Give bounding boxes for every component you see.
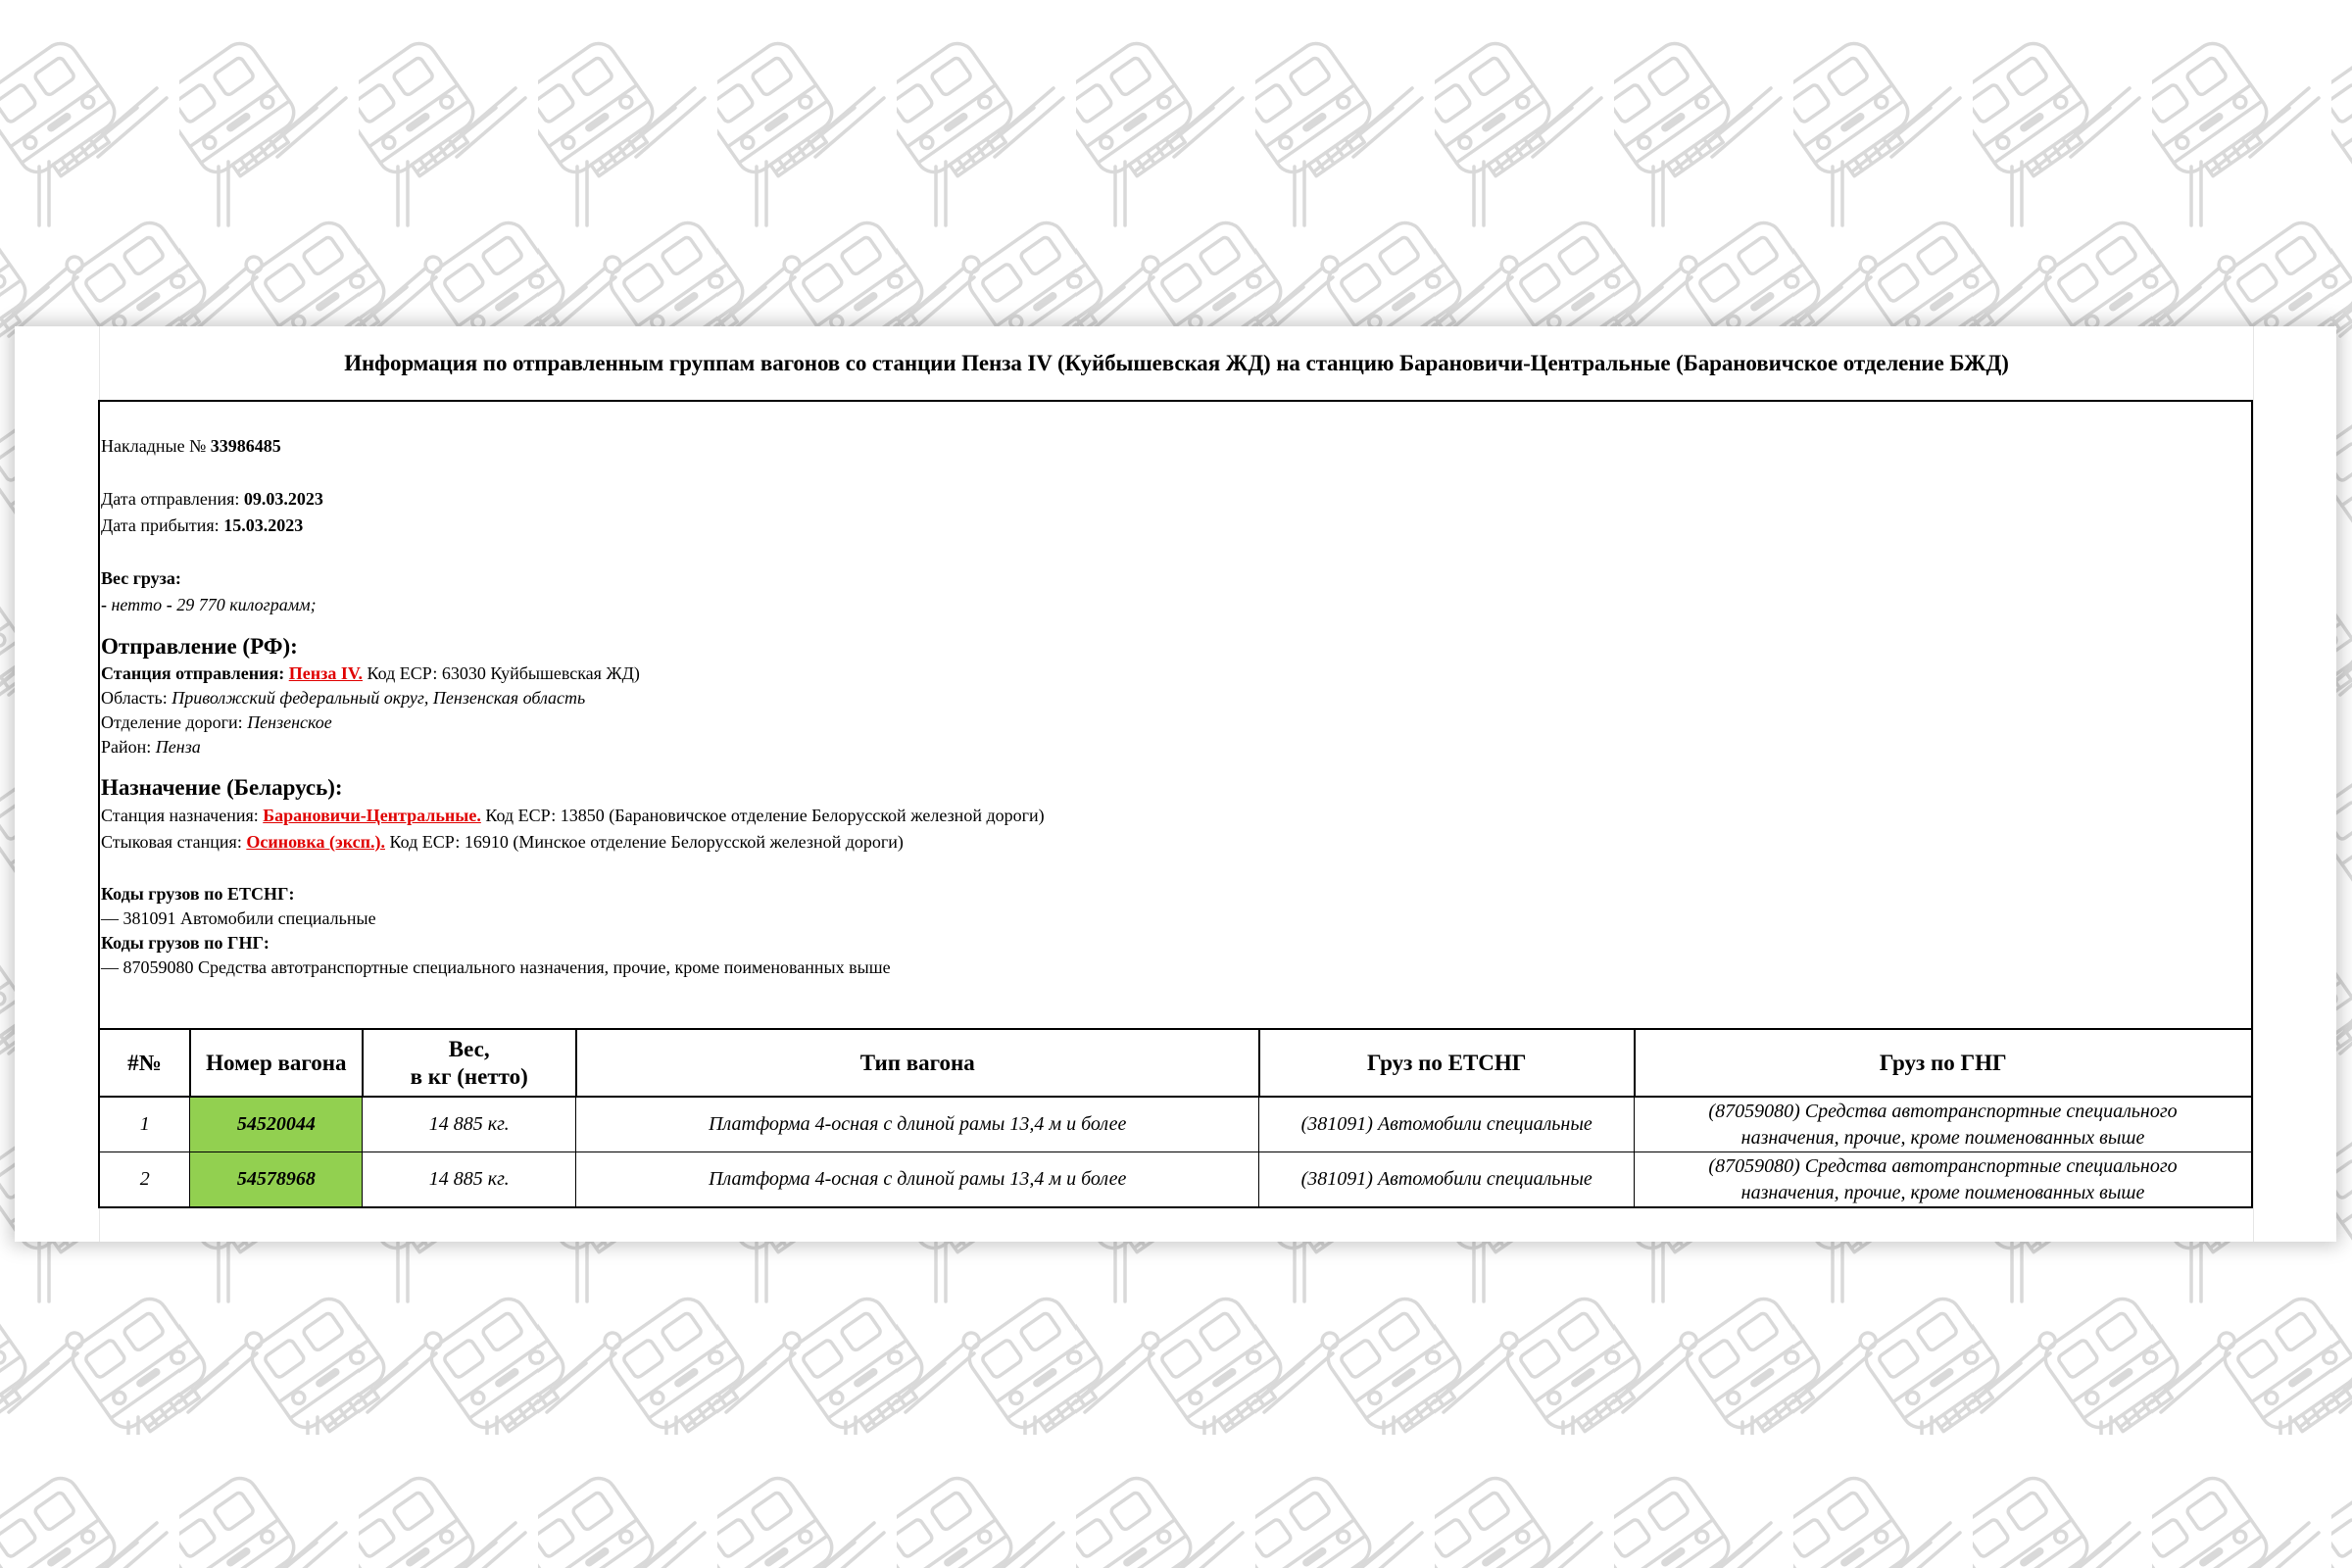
origin-station-link[interactable]: Пенза IV. bbox=[289, 663, 363, 683]
division-value: Пензенское bbox=[247, 712, 332, 732]
waybill-number: 33986485 bbox=[211, 436, 281, 456]
wagon-weight: 14 885 кг. bbox=[363, 1097, 576, 1152]
wagons-table: #№ Номер вагона Вес,в кг (нетто) Тип ваг… bbox=[98, 1028, 2253, 1208]
cargo-gng-line1: (87059080) Средства автотранспортные спе… bbox=[1708, 1155, 2177, 1177]
gng-heading-text: Коды грузов по ГНГ: bbox=[101, 933, 269, 953]
table-row: 1 54520044 14 885 кг. Платформа 4-осная … bbox=[99, 1097, 2252, 1152]
weight-header-line2: в кг (нетто) bbox=[411, 1064, 528, 1089]
cargo-gng: (87059080) Средства автотранспортные спе… bbox=[1635, 1097, 2252, 1152]
gng-heading: Коды грузов по ГНГ: bbox=[101, 931, 1045, 955]
departure-date: 09.03.2023 bbox=[244, 489, 323, 509]
right-guide-line bbox=[2253, 326, 2254, 1242]
junction-station-label: Стыковая станция: bbox=[101, 832, 246, 852]
weight-net-line: - нетто - 29 770 килограмм; bbox=[101, 592, 1045, 618]
region-label: Область: bbox=[101, 688, 171, 708]
weight-sep: - bbox=[162, 595, 176, 614]
arrival-label: Дата прибытия: bbox=[101, 515, 223, 535]
origin-heading: Отправление (РФ): bbox=[101, 632, 1045, 661]
wagon-weight: 14 885 кг. bbox=[363, 1152, 576, 1208]
cargo-etsng: (381091) Автомобили специальные bbox=[1259, 1097, 1635, 1152]
waybill-label: Накладные № bbox=[101, 436, 211, 456]
etsng-item: — 381091 Автомобили специальные bbox=[101, 906, 1045, 931]
weight-prefix: - bbox=[101, 595, 112, 614]
col-header-wagon-number: Номер вагона bbox=[190, 1029, 363, 1097]
col-header-cargo-gng: Груз по ГНГ bbox=[1635, 1029, 2252, 1097]
junction-station-line: Стыковая станция: Осиновка (эксп.). Код … bbox=[101, 829, 1045, 856]
shipment-info: Накладные № 33986485 Дата отправления: 0… bbox=[101, 433, 1045, 980]
cargo-etsng: (381091) Автомобили специальные bbox=[1259, 1152, 1635, 1208]
gng-item: — 87059080 Средства автотранспортные спе… bbox=[101, 955, 1045, 980]
weight-header-line1: Вес, bbox=[449, 1037, 490, 1061]
wagon-type: Платформа 4-осная с длиной рамы 13,4 м и… bbox=[576, 1152, 1259, 1208]
junction-station-code: Код ЕСР: 16910 (Минское отделение Белору… bbox=[385, 832, 904, 852]
cargo-gng: (87059080) Средства автотранспортные спе… bbox=[1635, 1152, 2252, 1208]
wagon-number: 54520044 bbox=[190, 1097, 363, 1152]
table-row: 2 54578968 14 885 кг. Платформа 4-осная … bbox=[99, 1152, 2252, 1208]
destination-station-line: Станция назначения: Барановичи-Центральн… bbox=[101, 803, 1045, 829]
destination-heading: Назначение (Беларусь): bbox=[101, 773, 1045, 803]
etsng-heading-text: Коды грузов по ЕТСНГ: bbox=[101, 884, 294, 904]
division-label: Отделение дороги: bbox=[101, 712, 247, 732]
cargo-gng-line2: назначения, прочие, кроме поименованных … bbox=[1741, 1182, 2145, 1203]
district-value: Пенза bbox=[156, 737, 201, 757]
col-header-wagon-type: Тип вагона bbox=[576, 1029, 1259, 1097]
origin-station-line: Станция отправления: Пенза IV. Код ЕСР: … bbox=[101, 661, 1045, 686]
col-header-cargo-etsng: Груз по ЕТСНГ bbox=[1259, 1029, 1635, 1097]
cargo-gng-line1: (87059080) Средства автотранспортные спе… bbox=[1708, 1101, 2177, 1122]
weight-heading: Вес груза: bbox=[101, 565, 1045, 592]
origin-district-line: Район: Пенза bbox=[101, 735, 1045, 759]
wagon-type: Платформа 4-осная с длиной рамы 13,4 м и… bbox=[576, 1097, 1259, 1152]
destination-station-link[interactable]: Барановичи-Центральные. bbox=[263, 806, 481, 825]
weight-net-value: 29 770 килограмм; bbox=[176, 595, 316, 614]
destination-station-code: Код ЕСР: 13850 (Барановичское отделение … bbox=[481, 806, 1045, 825]
row-index: 1 bbox=[99, 1097, 190, 1152]
row-index: 2 bbox=[99, 1152, 190, 1208]
arrival-line: Дата прибытия: 15.03.2023 bbox=[101, 513, 1045, 539]
origin-station-label: Станция отправления: bbox=[101, 663, 289, 683]
origin-division-line: Отделение дороги: Пензенское bbox=[101, 710, 1045, 735]
weight-net-label: нетто bbox=[112, 595, 163, 614]
origin-station-code: Код ЕСР: 63030 Куйбышевская ЖД) bbox=[363, 663, 640, 683]
departure-line: Дата отправления: 09.03.2023 bbox=[101, 486, 1045, 513]
table-header-row: #№ Номер вагона Вес,в кг (нетто) Тип ваг… bbox=[99, 1029, 2252, 1097]
region-value: Приволжский федеральный округ, Пензенска… bbox=[171, 688, 585, 708]
district-label: Район: bbox=[101, 737, 156, 757]
wagon-number: 54578968 bbox=[190, 1152, 363, 1208]
cargo-gng-line2: назначения, прочие, кроме поименованных … bbox=[1741, 1127, 2145, 1149]
waybill-line: Накладные № 33986485 bbox=[101, 433, 1045, 460]
arrival-date: 15.03.2023 bbox=[223, 515, 303, 535]
departure-label: Дата отправления: bbox=[101, 489, 244, 509]
weight-heading-text: Вес груза: bbox=[101, 568, 181, 588]
etsng-heading: Коды грузов по ЕТСНГ: bbox=[101, 882, 1045, 906]
junction-station-link[interactable]: Осиновка (эксп.). bbox=[246, 832, 385, 852]
destination-station-label: Станция назначения: bbox=[101, 806, 263, 825]
col-header-weight: Вес,в кг (нетто) bbox=[363, 1029, 576, 1097]
page-title: Информация по отправленным группам вагон… bbox=[99, 326, 2254, 400]
origin-region-line: Область: Приволжский федеральный округ, … bbox=[101, 686, 1045, 710]
col-header-index: #№ bbox=[99, 1029, 190, 1097]
